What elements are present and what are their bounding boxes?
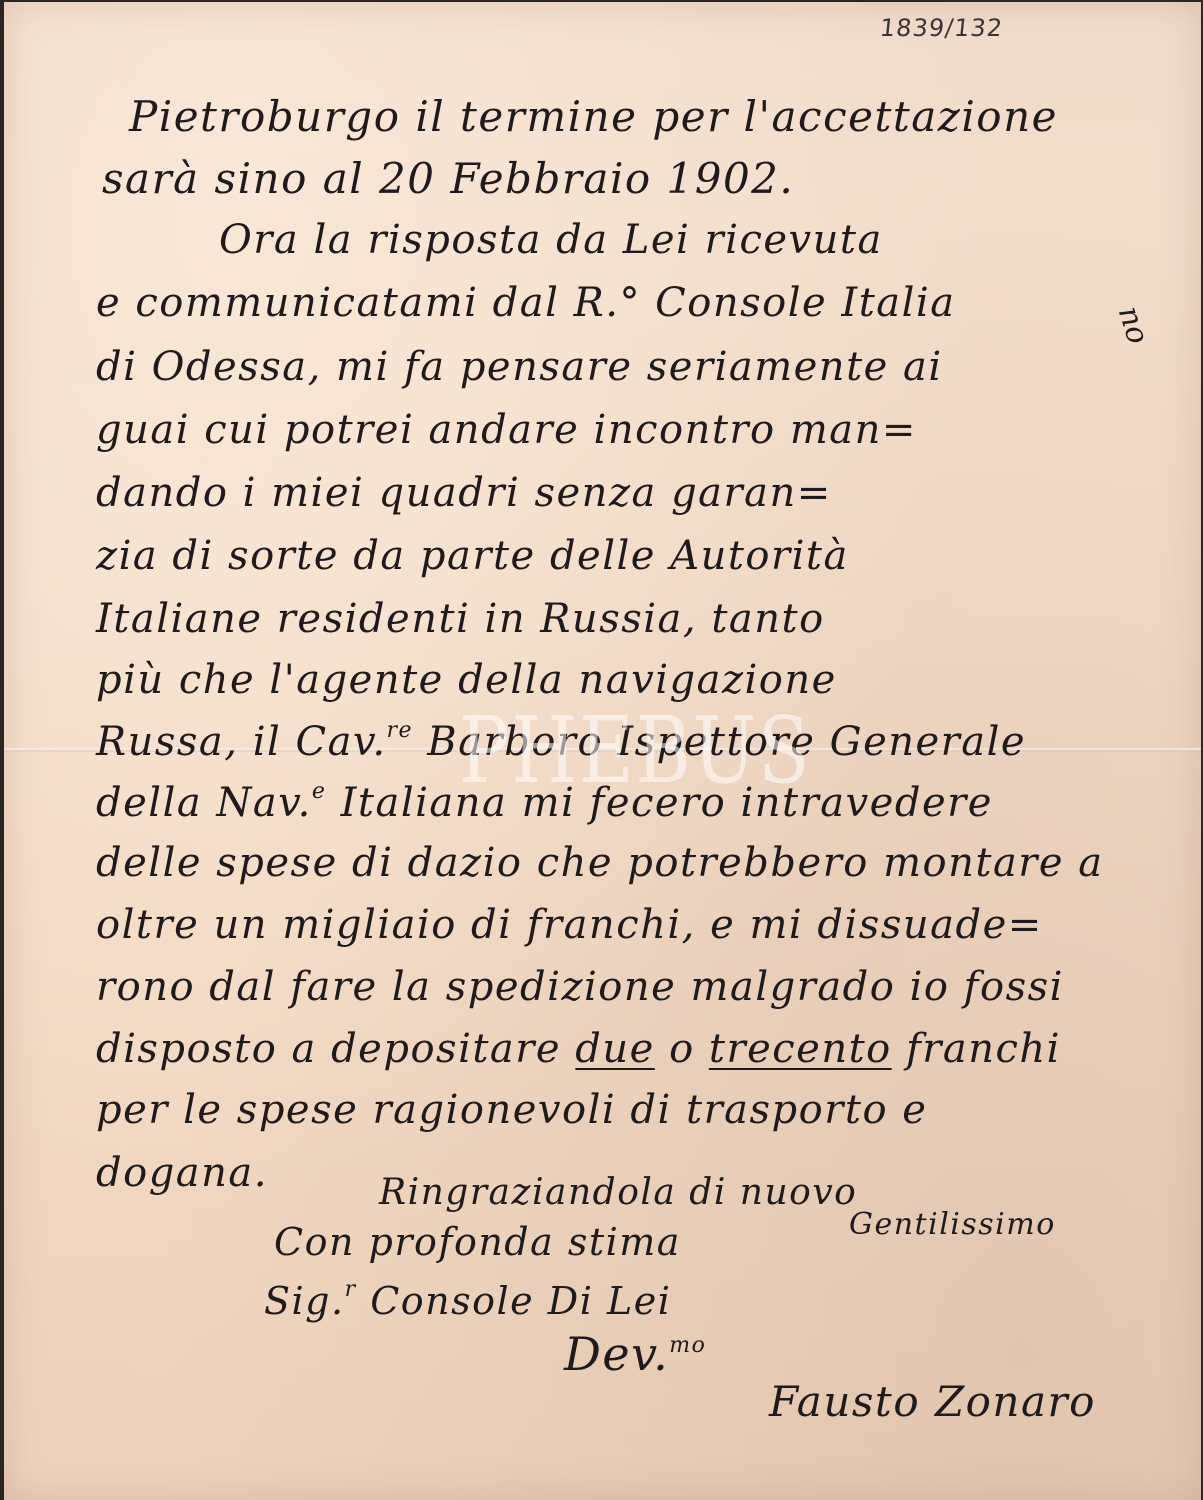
underlined-due: due	[575, 1026, 655, 1072]
salutation-console: Console	[370, 1279, 534, 1323]
letter-line-11-start: Russa, il Cav.	[96, 719, 387, 765]
letter-line-13: delle spese di dazio che potrebbero mont…	[96, 840, 1104, 886]
word-franchi: franchi	[906, 1026, 1061, 1072]
letter-line-5: di Odessa, mi fa pensare seriamente ai	[96, 344, 943, 390]
letter-line-3: Ora la risposta da Lei ricevuta	[219, 217, 883, 263]
letter-page: 1839/132 Pietroburgo il termine per l'ac…	[4, 2, 1201, 1500]
letter-line-12-start: della Nav.	[96, 780, 312, 826]
letter-line-18: dogana.	[96, 1150, 268, 1196]
salutation-sig: Sig.	[264, 1279, 345, 1323]
navigazione-superscript: e	[312, 779, 327, 804]
word-o: o	[669, 1026, 695, 1072]
closing-di-lei: Di Lei	[548, 1279, 672, 1323]
letter-line-9: Italiane residenti in Russia, tanto	[96, 596, 825, 642]
closing-esteem: Con profonda stima	[274, 1220, 681, 1264]
letter-line-1: Pietroburgo il termine per l'accettazion…	[129, 92, 1058, 141]
closing-devoted: Dev.mo	[564, 1327, 706, 1381]
letter-line-11-rest: Barboro Ispettore Generale	[427, 719, 1026, 765]
letter-line-4: e communicatami dal R.° Console Italia	[96, 280, 956, 326]
letter-line-14: oltre un migliaio di franchi, e mi dissu…	[96, 902, 1043, 948]
letter-line-12: della Nav.e Italiana mi fecero intravede…	[96, 779, 993, 826]
letter-line-10: più che l'agente della navigazione	[96, 657, 837, 703]
letter-line-8: zia di sorte da parte delle Autorità	[96, 533, 849, 579]
letter-line-12-rest: Italiana mi fecero intravedere	[341, 780, 993, 826]
closing-salutation-gentilissimo: Gentilissimo	[849, 1207, 1056, 1242]
signature: Fausto Zonaro	[769, 1377, 1096, 1426]
letter-line-16-start: disposto a depositare	[96, 1026, 561, 1072]
letter-line-15: rono dal fare la spedizione malgrado io …	[96, 964, 1064, 1010]
letter-line-6: guai cui potrei andare incontro man=	[96, 407, 917, 453]
archive-number: 1839/132	[879, 14, 1005, 42]
underlined-trecento: trecento	[709, 1026, 892, 1072]
salutation-sig-superscript: r	[345, 1277, 357, 1302]
letter-line-11: Russa, il Cav.re Barboro Ispettore Gener…	[96, 718, 1026, 765]
closing-thanks: Ringraziandola di nuovo	[379, 1172, 857, 1213]
cavaliere-superscript: re	[387, 718, 414, 743]
letter-line-7: dando i miei quadri senza garan=	[96, 470, 832, 516]
devoted-superscript: mo	[669, 1333, 706, 1358]
devoted-abbrev: Dev.	[564, 1327, 669, 1381]
letter-line-2: sarà sino al 20 Febbraio 1902.	[102, 154, 794, 203]
closing-salutation-line: Sig.r Console Di Lei	[264, 1277, 671, 1323]
margin-continuation: no	[1111, 302, 1156, 348]
letter-line-17: per le spese ragionevoli di trasporto e	[96, 1087, 927, 1133]
letter-line-16: disposto a depositare due o trecento fra…	[96, 1026, 1061, 1072]
